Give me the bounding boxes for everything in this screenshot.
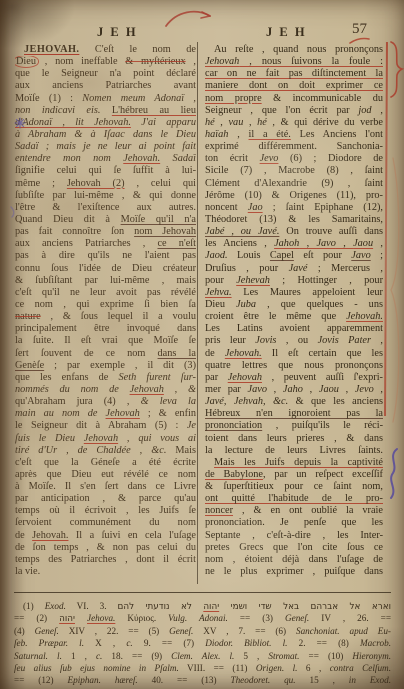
text-line: croient être le même que Jehovah. bbox=[205, 311, 383, 323]
text-line: Druſius , pour Javé ; Mercerus , bbox=[205, 263, 383, 275]
text-line: Clément d'Alexandrie (9) , ſaint bbox=[205, 178, 383, 190]
footnote-separator-rule bbox=[14, 592, 391, 593]
text-line: == (2) יהוה Jehova. Κύριος. Vulg. Adonai… bbox=[14, 612, 391, 624]
text-line: à Moïſe. Il s'en ſert dans ce Livre bbox=[15, 481, 196, 493]
page-number: 57 bbox=[352, 21, 367, 38]
text-line: ſubſiſte par lui-même , & qui donne bbox=[15, 190, 196, 202]
text-line: la lecture de leurs Livres ſaints. bbox=[205, 445, 383, 457]
text-line: == (12) Epiphan. hæreſ. 40. == (13) Theo… bbox=[14, 674, 391, 686]
text-line: après que Dieu eut révélé ce nom bbox=[15, 469, 196, 481]
text-line: Les Latins avoient apparemment bbox=[205, 323, 383, 335]
footnotes: (1) Exod. VI. 3. וארא אל אברהם באל שדי ו… bbox=[14, 600, 391, 687]
text-line: Moïſe (1) : Nomen meum Adonaï , bbox=[15, 93, 196, 105]
text-line: l'être & l'exiſtence aux autres. bbox=[15, 202, 196, 214]
text-line: pris leur Jovis , ou Jovis Pater , bbox=[205, 335, 383, 347]
right-margin-brace-long-icon bbox=[388, 155, 404, 425]
text-line: à Abraham & à Iſaac dans le Dieu bbox=[15, 129, 196, 141]
text-line: pas fait connoître ſon nom Jehovah bbox=[15, 226, 196, 238]
text-line: Jehovah , nous ſuivons la foule : bbox=[205, 56, 383, 68]
text-line: Saturnal. l. 1 , c. 18. == (9) Clem. Ale… bbox=[14, 650, 391, 662]
text-line: principalement être invoqué dans bbox=[15, 323, 196, 335]
text-line: ſuis le Dieu Jehovah , qui vous ai bbox=[15, 433, 196, 445]
text-line: c'eſt que la Géneſe a été écrite bbox=[15, 457, 196, 469]
text-line: Seigneur , que l'on écrit par jod , bbox=[205, 105, 383, 117]
text-line: connu ſous l'idée de Dieu créateur bbox=[15, 263, 196, 275]
left-column: JEHOVAH. C'eſt le nom deDieu , nom ineff… bbox=[15, 44, 196, 578]
red-arrow-annotation-icon bbox=[163, 5, 219, 31]
text-line: & ſuperſtitieux pour ce ſaint nom, bbox=[205, 481, 383, 493]
text-line: ce nom , qui exprime ſi bien ſa bbox=[15, 299, 196, 311]
text-line: car on ne fait pas diſtinctement la bbox=[205, 68, 383, 80]
text-line: même ; Jehovah (2) , celui qui bbox=[15, 178, 196, 190]
text-line: Jérôme (10) & Origenes (11), pro- bbox=[205, 190, 383, 202]
text-line: ſignifie celui qui ſe ſuffit à lui- bbox=[15, 165, 196, 177]
text-line: toient dans leurs prieres , & dans bbox=[205, 433, 383, 445]
text-line: tiré d'Ur , de Chaldée , &c. Mais bbox=[15, 445, 196, 457]
text-line: nommés du nom de Jehovah , & bbox=[15, 384, 196, 396]
right-margin-line-annotation bbox=[384, 42, 388, 416]
text-line: hé , vau , hé , & qui dérive du verbe bbox=[205, 117, 383, 129]
text-line: temps des Patriarches , dont il écrit bbox=[15, 554, 196, 566]
scanned-book-page: J E H J E H 57 JEHOVAH. C'eſt le nom deD… bbox=[0, 0, 404, 689]
text-line: quatre lettres que nous prononçons bbox=[205, 360, 383, 372]
text-line: Au reſte , quand nous prononçons bbox=[205, 44, 383, 56]
text-line: Dieu , nom ineffable & myſtérieux , bbox=[15, 56, 196, 68]
text-line: nom , étoient déjà dans l'uſage de bbox=[205, 554, 383, 566]
text-line: temps où il écrivoit , les Juifs ſe bbox=[15, 505, 196, 517]
text-line: Théodoret (13) & les Samaritains, bbox=[205, 214, 383, 226]
text-line: Jaod. Louis Capel eſt pour Javo ; bbox=[205, 250, 383, 262]
text-line: Quand Dieu dit à Moïſe qu'il n'a bbox=[15, 214, 196, 226]
text-line: de Jehovah. Il eſt certain que les bbox=[205, 348, 383, 360]
text-line: Jehva. Les Maures appeloient leur bbox=[205, 287, 383, 299]
text-line: de ſon temps , & non pas celui du bbox=[15, 542, 196, 554]
text-line: & ſubſiſtant par lui-même , mais bbox=[15, 275, 196, 287]
text-line: que les enfans de Seth furent ſur- bbox=[15, 372, 196, 384]
text-line: (4) Geneſ. XIV , 22. == (5) Geneſ. XV , … bbox=[14, 625, 391, 637]
text-line: ont quitté l'habitude de le pro- bbox=[205, 493, 383, 505]
text-line: de Babylone, par un reſpect exceſſif bbox=[205, 469, 383, 481]
text-line: par anticipation , & parce qu'au bbox=[15, 493, 196, 505]
text-line: nom propre & incommunicable du bbox=[205, 93, 383, 105]
column-divider-rule bbox=[197, 42, 198, 584]
text-line: aux anciens Patriarches avant bbox=[15, 80, 196, 92]
text-line: Jabé , ou Javé. On trouve auſſi dans bbox=[205, 226, 383, 238]
text-line: Septante , c'eſt-à-dire , les Inter- bbox=[205, 530, 383, 542]
text-line: entendre mon nom Jehovah. Sadaï bbox=[15, 153, 196, 165]
text-line: main au nom de Jehovah ; & enfin bbox=[15, 408, 196, 420]
text-line: prononciation. Je penſe que les bbox=[205, 517, 383, 529]
text-line: pretes Grecs que l'on cite ſous ce bbox=[205, 542, 383, 554]
text-line: Hébreux n'en ignoroient pas la bbox=[205, 408, 383, 420]
text-line: (1) Exod. VI. 3. וארא אל אברהם באל שדי ו… bbox=[14, 600, 391, 612]
running-header-left: J E H bbox=[97, 25, 138, 40]
text-line: par Jehovah , peuvent auſſi ſ'expri- bbox=[205, 372, 383, 384]
text-line: mer par Javo , Jaho , Jaou , Jevo , bbox=[205, 384, 383, 396]
text-line: nature , & ſous lequel il a voulu bbox=[15, 311, 196, 323]
text-line: noncent Jao ; ſaint Epiphane (12), bbox=[205, 202, 383, 214]
text-line: la vie. bbox=[15, 566, 196, 578]
text-line: Dieu Juba , que quelques - uns bbox=[205, 299, 383, 311]
text-line: c'eſt qu'il ne leur avoit pas révélé bbox=[15, 287, 196, 299]
right-column: Au reſte , quand nous prononçonsJehovah … bbox=[205, 44, 383, 578]
text-line: de Jehovah. Il a ſuivi en cela l'uſage bbox=[15, 530, 196, 542]
text-line: prononciation , puiſqu'ils le réci- bbox=[205, 420, 383, 432]
text-line: ne le plus exprimer , puiſque dans bbox=[205, 566, 383, 578]
text-line: qu'Abraham jura (4) , & leva la bbox=[15, 396, 196, 408]
text-line: pour Jehevah ; Hottinger , pour bbox=[205, 275, 383, 287]
text-line: ſeu alius ſub ejus nomine in Pſalm. VIII… bbox=[14, 662, 391, 674]
text-line: non indicavi eis. L'hébreu au lieu bbox=[15, 105, 196, 117]
text-line: noncer , & en ont oublié la vraie bbox=[205, 505, 383, 517]
text-line: ſervoient communément du nom bbox=[15, 517, 196, 529]
right-margin-brace-blue-icon bbox=[384, 447, 402, 501]
text-line: maniere dont on doit exprimer ce bbox=[205, 80, 383, 92]
right-margin-brace-top-icon bbox=[388, 40, 404, 100]
text-line: le Seigneur dit à Abraham (5) : Je bbox=[15, 420, 196, 432]
text-line: d'Adonaï , lit Jehovah. J'ai apparu bbox=[15, 117, 196, 129]
text-line: Sadaï ; mais je ne leur ai point fait bbox=[15, 141, 196, 153]
text-line: haïah , il a été. Les Anciens l'ont bbox=[205, 129, 383, 141]
text-line: exprimé différemment. Sanchonia- bbox=[205, 141, 383, 153]
text-line: ſeb. Præpar. l. X , c. 9. == (7) Diodor.… bbox=[14, 637, 391, 649]
text-line: ton écrit Jevo (6) ; Diodore de bbox=[205, 153, 383, 165]
running-header-right: J E H bbox=[266, 25, 307, 40]
text-line: la ſuite. Il eſt vrai que Moïſe ſe bbox=[15, 335, 196, 347]
text-line: que le Seigneur n'a point déclaré bbox=[15, 68, 196, 80]
text-line: les Anciens , Jahoh , Javo , Jaou , bbox=[205, 238, 383, 250]
text-line: Mais les Juifs depuis la captivité bbox=[205, 457, 383, 469]
text-line: pas à dire qu'ils ne l'aient pas bbox=[15, 250, 196, 262]
text-line: JEHOVAH. C'eſt le nom de bbox=[15, 44, 196, 56]
text-line: Genèſe ; par exemple , il dit (3) bbox=[15, 360, 196, 372]
text-line: Javé, Jehvah, &c. & que les anciens bbox=[205, 396, 383, 408]
text-line: aux anciens Patriarches , ce n'eſt bbox=[15, 238, 196, 250]
text-line: ſert ſouvent de ce nom dans la bbox=[15, 348, 196, 360]
text-line: Sicile (7) , Macrobe (8) , ſaint bbox=[205, 165, 383, 177]
